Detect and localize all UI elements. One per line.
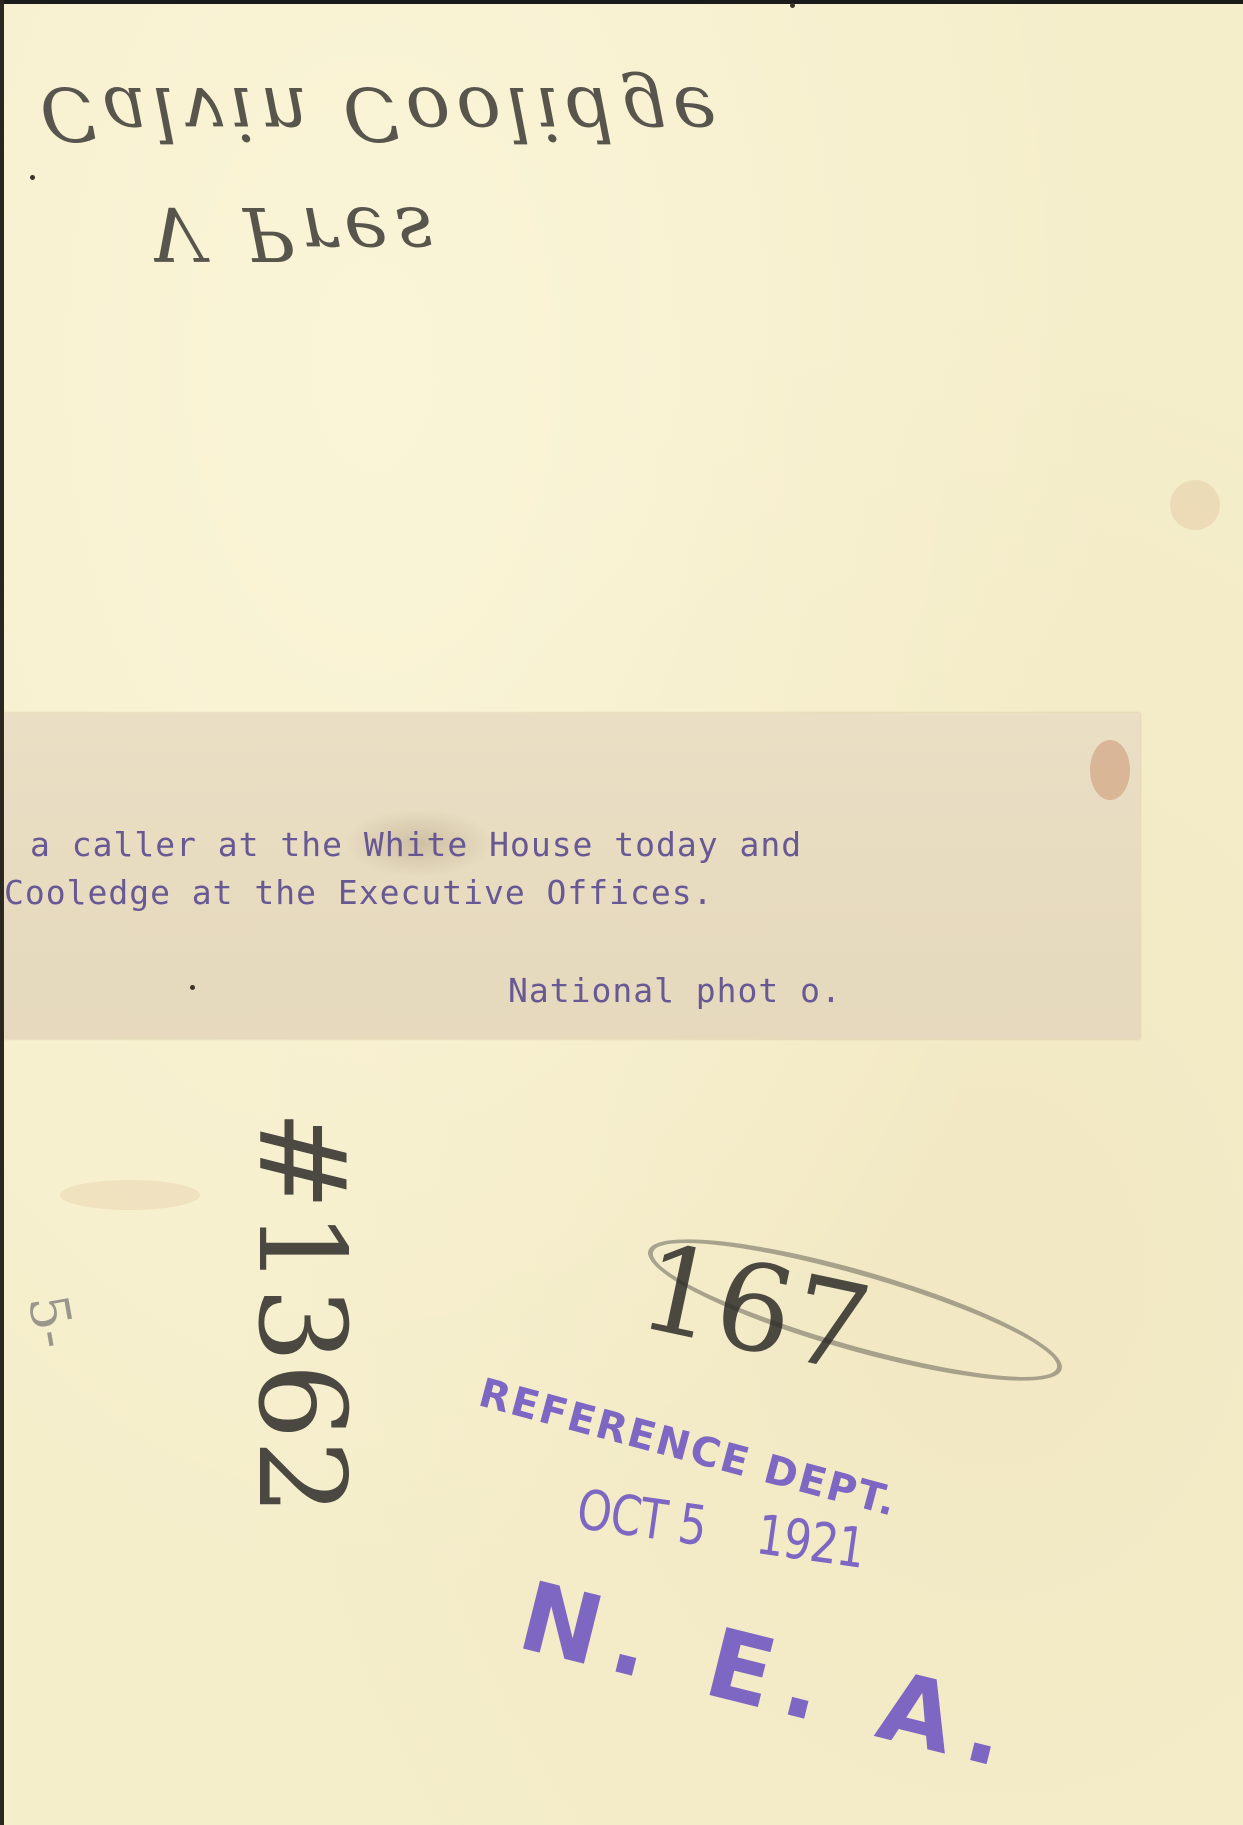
speck (190, 985, 195, 990)
caption-credit: National phot o. (508, 971, 842, 1010)
top-edge-shadow (0, 0, 1243, 4)
rust-spot (1170, 480, 1220, 530)
handwritten-title: V Pres (150, 190, 670, 276)
speck (30, 175, 35, 180)
typed-caption-strip: a caller at the White House today and Co… (4, 713, 1140, 1039)
rust-spot (1090, 740, 1130, 800)
handwritten-name: Calvin Coolidge (40, 70, 1090, 156)
pencil-small-mark: 5- (16, 1290, 87, 1353)
stamp-nea: N. E. A. (509, 1560, 1031, 1792)
photo-back-card: Calvin Coolidge V Pres a caller at the W… (0, 0, 1243, 1825)
pencil-catalog-number: #1362 (240, 1110, 360, 1516)
caption-line-1: a caller at the White House today and (30, 825, 802, 864)
speck (790, 3, 795, 8)
stamp-date-year: 1921 (753, 1503, 869, 1581)
pencil-scribbled-number: 167 (628, 1218, 881, 1402)
caption-line-2: Cooledge at the Executive Offices. (4, 873, 714, 912)
rust-spot (60, 1180, 200, 1210)
stamp-date-month-day: OCT 5 (573, 1478, 710, 1559)
